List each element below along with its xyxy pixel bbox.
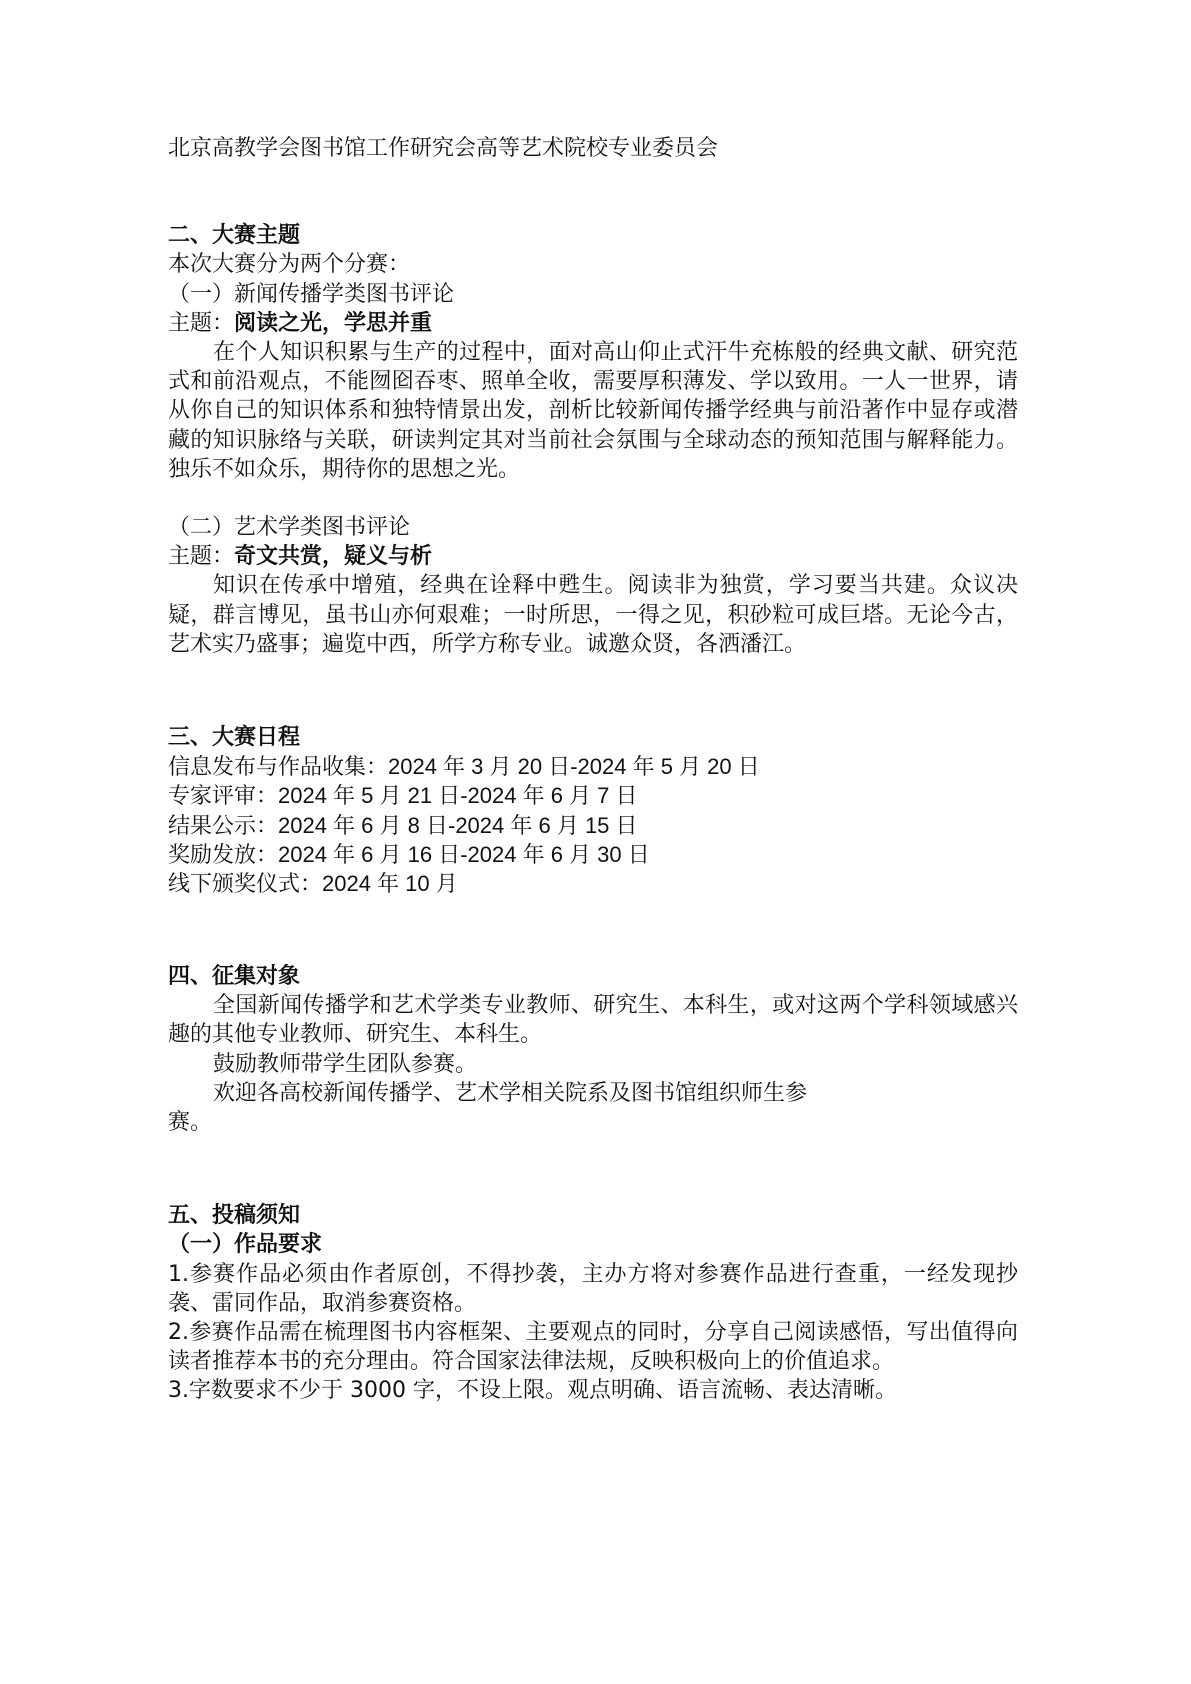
section-theme: 二、大赛主题 本次大赛分为两个分赛： （一）新闻传播学类图书评论 主题：阅读之光…	[168, 221, 1018, 659]
subsection-title: （二）艺术学类图书评论	[168, 513, 1018, 542]
subsection-title: （一）作品要求	[168, 1230, 1018, 1259]
requirement-item: 1.参赛作品必须由作者原创，不得抄袭，主办方将对参赛作品进行查重，一经发现抄袭、…	[168, 1260, 1018, 1318]
schedule-item: 线下颁奖仪式：2024 年 10 月	[168, 869, 1018, 898]
section-submission: 五、投稿须知 （一）作品要求 1.参赛作品必须由作者原创，不得抄袭，主办方将对参…	[168, 1201, 1018, 1405]
spacer	[168, 898, 1018, 962]
theme-value: 奇文共赏，疑义与析	[234, 544, 432, 569]
participants-paragraph: 欢迎各高校新闻传播学、艺术学相关院系及图书馆组织师生参	[168, 1079, 1018, 1108]
schedule-value: 2024 年 10 月	[322, 871, 458, 896]
requirement-item: 2.参赛作品需在梳理图书内容框架、主要观点的同时，分享自己阅读感悟，写出值得向读…	[168, 1318, 1018, 1376]
section-intro: 本次大赛分为两个分赛：	[168, 250, 1018, 279]
schedule-label: 信息发布与作品收集：	[168, 755, 388, 780]
section-title: 五、投稿须知	[168, 1201, 1018, 1230]
schedule-item: 奖励发放：2024 年 6 月 16 日-2024 年 6 月 30 日	[168, 840, 1018, 869]
section-title: 二、大赛主题	[168, 221, 1018, 250]
schedule-value: 2024 年 6 月 16 日-2024 年 6 月 30 日	[278, 842, 650, 867]
schedule-value: 2024 年 6 月 8 日-2024 年 6 月 15 日	[278, 813, 638, 838]
theme-label: 主题：	[168, 544, 234, 569]
theme-body: 知识在传承中增殖，经典在诠释中甦生。阅读非为独赏，学习要当共建。众议决疑，群言博…	[168, 571, 1018, 659]
theme-body: 在个人知识积累与生产的过程中，面对高山仰止式汗牛充栋般的经典文献、研究范式和前沿…	[168, 338, 1018, 484]
spacer	[168, 659, 1018, 723]
schedule-value: 2024 年 5 月 21 日-2024 年 6 月 7 日	[278, 783, 638, 808]
theme-line: 主题：阅读之光，学思并重	[168, 309, 1018, 338]
theme-label: 主题：	[168, 311, 234, 336]
subsection-title: （一）新闻传播学类图书评论	[168, 280, 1018, 309]
participants-paragraph: 全国新闻传播学和艺术学类专业教师、研究生、本科生，或对这两个学科领域感兴趣的其他…	[168, 991, 1018, 1049]
schedule-label: 奖励发放：	[168, 843, 278, 868]
organizer-line: 北京高教学会图书馆工作研究会高等艺术院校专业委员会	[168, 134, 1018, 163]
document-page: 北京高教学会图书馆工作研究会高等艺术院校专业委员会 二、大赛主题 本次大赛分为两…	[168, 134, 1018, 1406]
participants-paragraph-cont: 赛。	[168, 1108, 1018, 1137]
section-title: 三、大赛日程	[168, 723, 1018, 752]
spacer	[168, 1137, 1018, 1201]
spacer	[168, 163, 1018, 221]
section-schedule: 三、大赛日程 信息发布与作品收集：2024 年 3 月 20 日-2024 年 …	[168, 723, 1018, 898]
schedule-label: 专家评审：	[168, 784, 278, 809]
section-title: 四、征集对象	[168, 962, 1018, 991]
theme-line: 主题：奇文共赏，疑义与析	[168, 542, 1018, 571]
schedule-item: 信息发布与作品收集：2024 年 3 月 20 日-2024 年 5 月 20 …	[168, 752, 1018, 781]
schedule-item: 结果公示：2024 年 6 月 8 日-2024 年 6 月 15 日	[168, 811, 1018, 840]
participants-paragraph: 鼓励教师带学生团队参赛。	[168, 1050, 1018, 1079]
schedule-item: 专家评审：2024 年 5 月 21 日-2024 年 6 月 7 日	[168, 781, 1018, 810]
theme-value: 阅读之光，学思并重	[234, 311, 432, 336]
schedule-label: 线下颁奖仪式：	[168, 872, 322, 897]
schedule-label: 结果公示：	[168, 814, 278, 839]
schedule-value: 2024 年 3 月 20 日-2024 年 5 月 20 日	[388, 754, 760, 779]
section-participants: 四、征集对象 全国新闻传播学和艺术学类专业教师、研究生、本科生，或对这两个学科领…	[168, 962, 1018, 1137]
requirement-item: 3.字数要求不少于 3000 字，不设上限。观点明确、语言流畅、表达清晰。	[168, 1376, 1018, 1405]
spacer	[168, 484, 1018, 513]
